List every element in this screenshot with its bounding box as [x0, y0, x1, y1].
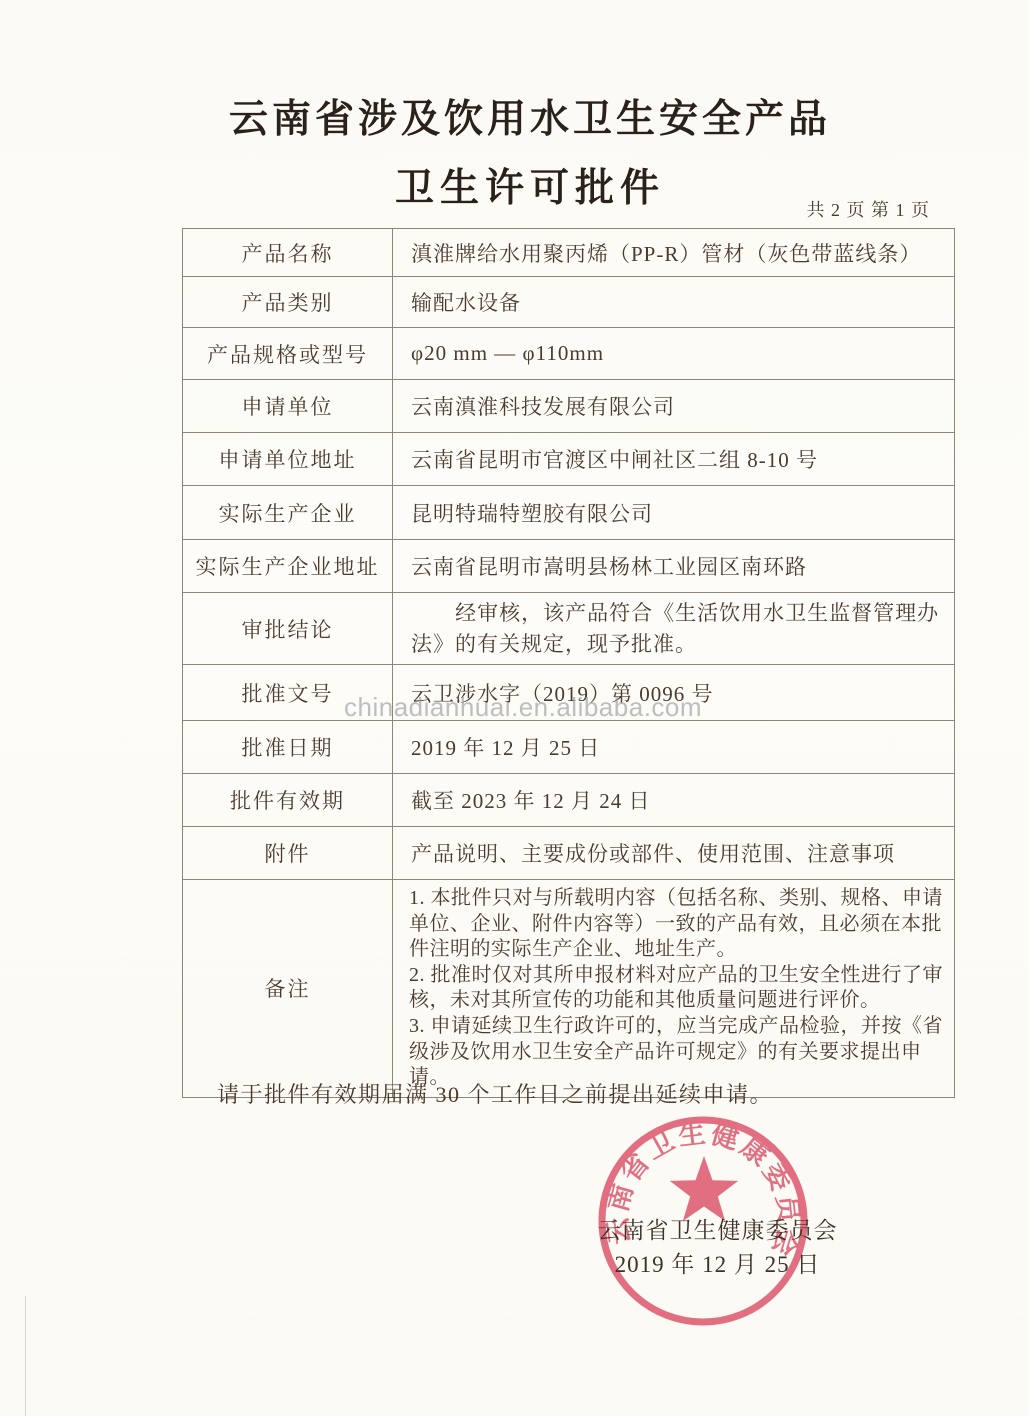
renewal-note: 请于批件有效期届满 30 个工作日之前提出延续申请。: [217, 1078, 773, 1109]
table-row: 产品类别 输配水设备: [183, 277, 954, 328]
row-value-spec-model: φ20 mm — φ110mm: [393, 328, 954, 379]
table-row: 产品名称 滇淮牌给水用聚丙烯（PP-R）管材（灰色带蓝线条）: [183, 229, 954, 277]
table-row: 申请单位 云南滇淮科技发展有限公司: [183, 380, 954, 433]
approval-conclusion-text: 经审核，该产品符合《生活饮用水卫生监督管理办法》的有关规定，现予批准。: [411, 598, 944, 659]
row-value-attachments: 产品说明、主要成份或部件、使用范围、注意事项: [393, 827, 954, 879]
table-row: 产品规格或型号 φ20 mm — φ110mm: [183, 328, 954, 380]
row-label-approval-conclusion: 审批结论: [183, 593, 393, 664]
row-value-product-category: 输配水设备: [393, 277, 954, 327]
row-label-remarks: 备注: [183, 880, 393, 1097]
row-value-manufacturer-address: 云南省昆明市嵩明县杨林工业园区南环路: [393, 540, 954, 592]
row-value-manufacturer: 昆明特瑞特塑胶有限公司: [393, 486, 954, 539]
page-indicator: 共 2 页 第 1 页: [630, 196, 930, 222]
table-row-remarks: 备注 1. 本批件只对与所载明内容（包括名称、类别、规格、申请单位、企业、附件内…: [183, 880, 954, 1097]
row-value-approval-number: 云卫涉水字（2019）第 0096 号: [393, 665, 954, 720]
document-title: 云南省涉及饮用水卫生安全产品 卫生许可批件: [100, 100, 960, 208]
row-value-applicant: 云南滇淮科技发展有限公司: [393, 380, 954, 432]
table-row: 批准日期 2019 年 12 月 25 日: [183, 721, 954, 774]
table-row: 附件 产品说明、主要成份或部件、使用范围、注意事项: [183, 827, 954, 880]
permit-table: 产品名称 滇淮牌给水用聚丙烯（PP-R）管材（灰色带蓝线条） 产品类别 输配水设…: [182, 228, 955, 1098]
row-label-approval-number: 批准文号: [183, 665, 393, 720]
row-value-approval-conclusion: 经审核，该产品符合《生活饮用水卫生监督管理办法》的有关规定，现予批准。: [393, 593, 954, 664]
row-label-manufacturer-address: 实际生产企业地址: [183, 540, 393, 592]
row-label-approval-date: 批准日期: [183, 721, 393, 773]
row-label-manufacturer: 实际生产企业: [183, 486, 393, 539]
row-label-product-category: 产品类别: [183, 277, 393, 327]
scan-edge-artifact: [25, 1296, 26, 1416]
remark-item-1: 1. 本批件只对与所载明内容（包括名称、类别、规格、申请单位、企业、附件内容等）…: [409, 886, 944, 963]
table-row: 实际生产企业地址 云南省昆明市嵩明县杨林工业园区南环路: [183, 540, 954, 593]
table-row: 实际生产企业 昆明特瑞特塑胶有限公司: [183, 486, 954, 540]
row-label-validity-period: 批件有效期: [183, 774, 393, 826]
row-label-spec-model: 产品规格或型号: [183, 328, 393, 379]
row-label-applicant: 申请单位: [183, 380, 393, 432]
row-label-product-name: 产品名称: [183, 229, 393, 276]
row-value-validity-period: 截至 2023 年 12 月 24 日: [393, 774, 954, 826]
issuing-authority: 云南省卫生健康委员会: [595, 1212, 840, 1245]
row-value-approval-date: 2019 年 12 月 25 日: [393, 721, 954, 773]
remark-item-2: 2. 批准时仅对其所申报材料对应产品的卫生安全性进行了审核，未对其所宣传的功能和…: [409, 963, 944, 1014]
table-row: 批件有效期 截至 2023 年 12 月 24 日: [183, 774, 954, 827]
row-value-applicant-address: 云南省昆明市官渡区中闸社区二组 8-10 号: [393, 433, 954, 485]
row-value-remarks: 1. 本批件只对与所载明内容（包括名称、类别、规格、申请单位、企业、附件内容等）…: [393, 880, 954, 1097]
row-value-product-name: 滇淮牌给水用聚丙烯（PP-R）管材（灰色带蓝线条）: [393, 229, 954, 276]
table-row: 申请单位地址 云南省昆明市官渡区中闸社区二组 8-10 号: [183, 433, 954, 486]
table-row: 审批结论 经审核，该产品符合《生活饮用水卫生监督管理办法》的有关规定，现予批准。: [183, 593, 954, 665]
row-label-attachments: 附件: [183, 827, 393, 879]
issue-date: 2019 年 12 月 25 日: [605, 1246, 830, 1279]
table-row: 批准文号 云卫涉水字（2019）第 0096 号: [183, 665, 954, 721]
row-label-applicant-address: 申请单位地址: [183, 433, 393, 485]
document-title-line1: 云南省涉及饮用水卫生安全产品: [100, 100, 960, 139]
